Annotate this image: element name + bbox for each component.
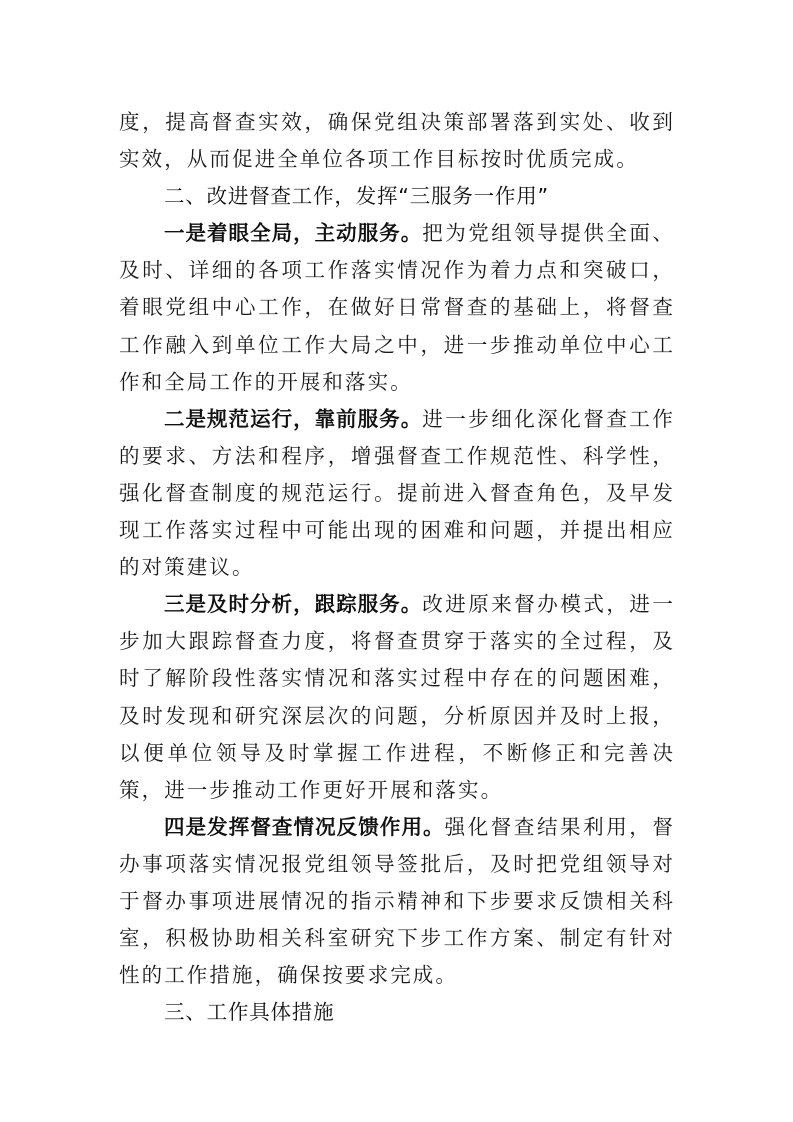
- continuation-paragraph: 度，提高督查实效，确保党组决策部署落到实处、收到实效，从而促进全单位各项工作目标…: [119, 104, 675, 178]
- item-lead-2: 二是规范运行，靠前服务。: [164, 407, 422, 431]
- item-paragraph-1: 一是着眼全局，主动服务。把为党组领导提供全面、及时、详细的各项工作落实情况作为着…: [119, 215, 675, 400]
- item-body-3: 改进原来督办模式，进一步加大跟踪督查力度，将督查贯穿于落实的全过程，及时了解阶段…: [119, 592, 675, 801]
- item-lead-1: 一是着眼全局，主动服务。: [164, 221, 422, 245]
- item-paragraph-3: 三是及时分析，跟踪服务。改进原来督办模式，进一步加大跟踪督查力度，将督查贯穿于落…: [119, 586, 675, 809]
- section-heading-2: 二、改进督查工作，发挥“三服务一作用”: [119, 178, 675, 215]
- item-lead-4: 四是发挥督查情况反馈作用。: [164, 815, 445, 839]
- document-page: 度，提高督查实效，确保党组决策部署落到实处、收到实效，从而促进全单位各项工作目标…: [119, 104, 675, 1031]
- item-paragraph-4: 四是发挥督查情况反馈作用。强化督查结果利用，督办事项落实情况报党组领导签批后，及…: [119, 809, 675, 994]
- item-body-1: 把为党组领导提供全面、及时、详细的各项工作落实情况作为着力点和突破口，着眼党组中…: [119, 221, 675, 393]
- section-heading-3: 三、工作具体措施: [119, 994, 675, 1031]
- item-body-4: 强化督查结果利用，督办事项落实情况报党组领导签批后，及时把党组领导对于督办事项进…: [119, 815, 675, 987]
- item-paragraph-2: 二是规范运行，靠前服务。进一步细化深化督查工作的要求、方法和程序，增强督查工作规…: [119, 401, 675, 586]
- item-body-2: 进一步细化深化督查工作的要求、方法和程序，增强督查工作规范性、科学性，强化督查制…: [119, 407, 675, 579]
- item-lead-3: 三是及时分析，跟踪服务。: [164, 592, 422, 616]
